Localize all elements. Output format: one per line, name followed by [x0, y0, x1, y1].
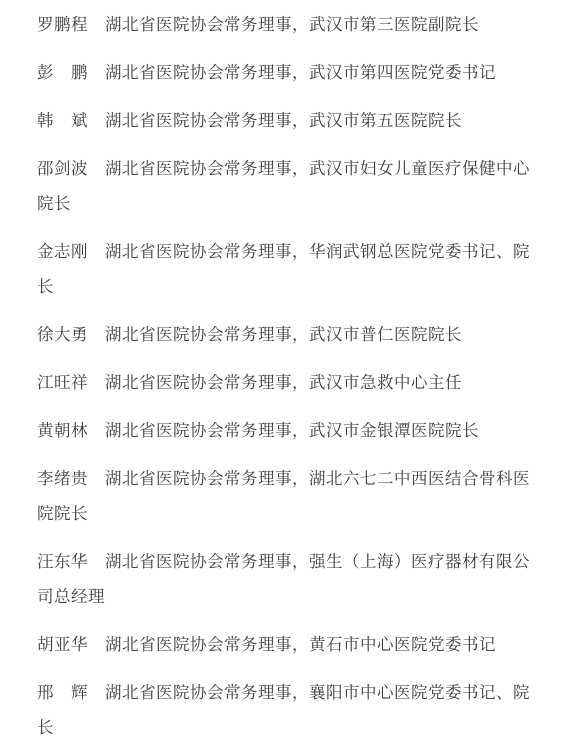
list-entry: 韩 斌 湖北省医院协会常务理事，武汉市第五医院院长 [37, 103, 540, 138]
entry-line: 金志刚 湖北省医院协会常务理事，华润武钢总医院党委书记、院 [37, 234, 540, 269]
list-entry: 汪东华 湖北省医院协会常务理事，强生（上海）医疗器材有限公 司总经理 [37, 544, 540, 614]
list-entry: 罗鹏程 湖北省医院协会常务理事，武汉市第三医院副院长 [37, 7, 540, 42]
list-entry: 金志刚 湖北省医院协会常务理事，华润武钢总医院党委书记、院 长 [37, 234, 540, 304]
list-entry: 邢 辉 湖北省医院协会常务理事，襄阳市中心医院党委书记、院 长 [37, 675, 540, 745]
entry-line: 汪东华 湖北省医院协会常务理事，强生（上海）医疗器材有限公 [37, 544, 540, 579]
entry-line: 罗鹏程 湖北省医院协会常务理事，武汉市第三医院副院长 [37, 7, 540, 42]
entry-line: 院院长 [37, 496, 540, 531]
document-page: 罗鹏程 湖北省医院协会常务理事，武汉市第三医院副院长 彭 鹏 湖北省医院协会常务… [0, 0, 579, 750]
entry-line: 江旺祥 湖北省医院协会常务理事，武汉市急救中心主任 [37, 365, 540, 400]
list-entry: 李绪贵 湖北省医院协会常务理事，湖北六七二中西医结合骨科医 院院长 [37, 461, 540, 531]
entry-line: 彭 鹏 湖北省医院协会常务理事，武汉市第四医院党委书记 [37, 55, 540, 90]
list-entry: 徐大勇 湖北省医院协会常务理事，武汉市普仁医院院长 [37, 317, 540, 352]
entry-line: 李绪贵 湖北省医院协会常务理事，湖北六七二中西医结合骨科医 [37, 461, 540, 496]
entry-line: 黄朝林 湖北省医院协会常务理事，武汉市金银潭医院院长 [37, 413, 540, 448]
entry-line: 院长 [37, 186, 540, 221]
entry-line: 韩 斌 湖北省医院协会常务理事，武汉市第五医院院长 [37, 103, 540, 138]
list-entry: 胡亚华 湖北省医院协会常务理事，黄石市中心医院党委书记 [37, 627, 540, 662]
list-entry: 邵剑波 湖北省医院协会常务理事，武汉市妇女儿童医疗保健中心 院长 [37, 151, 540, 221]
list-entry: 彭 鹏 湖北省医院协会常务理事，武汉市第四医院党委书记 [37, 55, 540, 90]
list-entry: 江旺祥 湖北省医院协会常务理事，武汉市急救中心主任 [37, 365, 540, 400]
entry-line: 长 [37, 269, 540, 304]
list-entry: 黄朝林 湖北省医院协会常务理事，武汉市金银潭医院院长 [37, 413, 540, 448]
entry-line: 邢 辉 湖北省医院协会常务理事，襄阳市中心医院党委书记、院 [37, 675, 540, 710]
entry-line: 胡亚华 湖北省医院协会常务理事，黄石市中心医院党委书记 [37, 627, 540, 662]
entry-line: 徐大勇 湖北省医院协会常务理事，武汉市普仁医院院长 [37, 317, 540, 352]
entry-line: 司总经理 [37, 579, 540, 614]
entry-line: 长 [37, 710, 540, 745]
entry-line: 邵剑波 湖北省医院协会常务理事，武汉市妇女儿童医疗保健中心 [37, 151, 540, 186]
